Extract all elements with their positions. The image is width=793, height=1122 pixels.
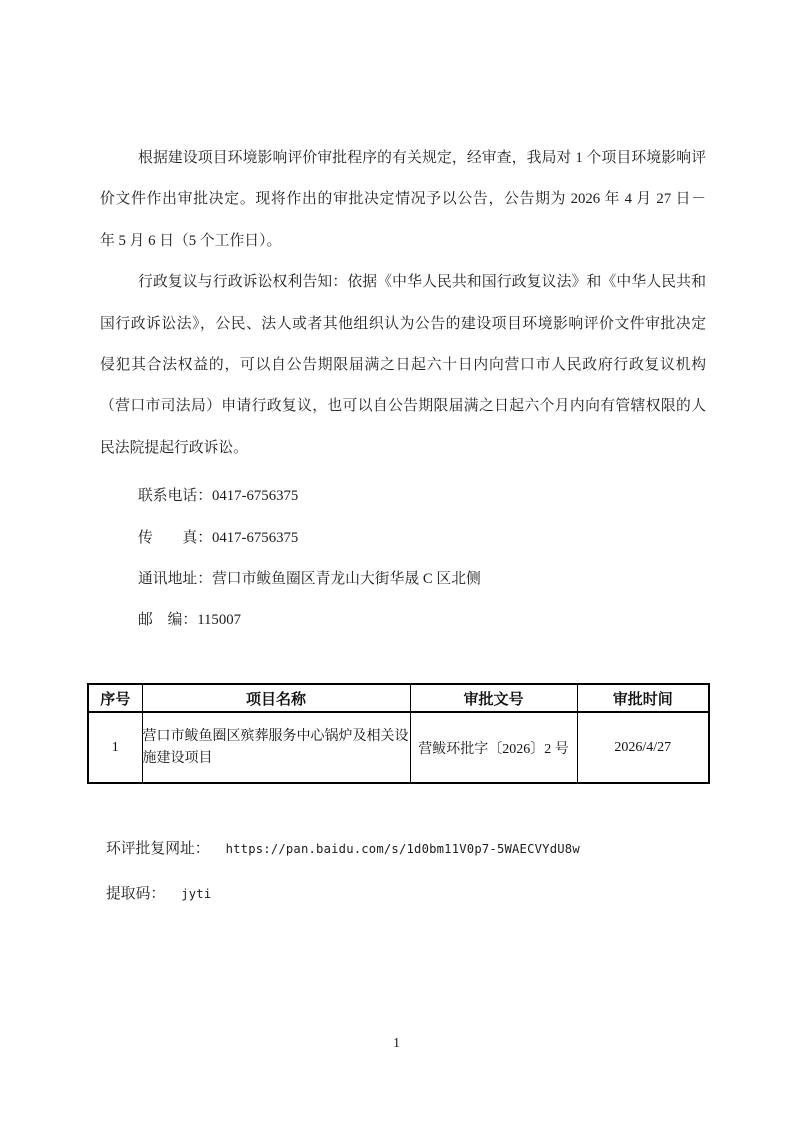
page-number: 1	[0, 1036, 793, 1052]
cell-project-name: 营口市鲅鱼圈区殡葬服务中心锅炉及相关设施建设项目	[142, 712, 410, 783]
contact-fax-line: 传 真：0417-6756375	[100, 518, 706, 559]
contact-postcode-line: 邮 编：115007	[100, 600, 706, 641]
paragraph2-line3: 侵犯其合法权益的，可以自公告期限届满之日起六十日内向营口市人民政府行政复议机构	[100, 345, 706, 386]
paragraph1-line1: 根据建设项目环境影响评价审批程序的有关规定，经审查，我局对 1 个项目环境影响评	[100, 138, 706, 179]
extraction-code-label: 提取码：	[106, 886, 165, 902]
header-approval-date: 审批时间	[577, 684, 709, 712]
contact-address-line: 通讯地址：营口市鲅鱼圈区青龙山大街华晟 C 区北侧	[100, 559, 706, 600]
extraction-code-line: 提取码：jyti	[106, 884, 211, 904]
cell-approval-date: 2026/4/27	[577, 712, 709, 783]
paragraph2-line2: 国行政诉讼法》，公民、法人或者其他组织认为公告的建设项目环境影响评价文件审批决定	[100, 304, 706, 345]
announcement-body: 根据建设项目环境影响评价审批程序的有关规定，经审查，我局对 1 个项目环境影响评…	[100, 138, 706, 642]
header-approval-doc-no: 审批文号	[410, 684, 577, 712]
extraction-code: jyti	[181, 887, 211, 901]
document-page: 根据建设项目环境影响评价审批程序的有关规定，经审查，我局对 1 个项目环境影响评…	[0, 0, 793, 1122]
header-project-name: 项目名称	[142, 684, 410, 712]
cell-seq: 1	[88, 712, 142, 783]
paragraph1-line3: 年 5 月 6 日（5 个工作日）。	[100, 221, 706, 262]
eia-reply-url: https://pan.baidu.com/s/1d0bm11V0p7-5WAE…	[226, 842, 580, 856]
paragraph1-line2: 价文件作出审批决定。现将作出的审批决定情况予以公告，公告期为 2026 年 4 …	[100, 179, 706, 220]
header-seq: 序号	[88, 684, 142, 712]
paragraph2-line1: 行政复议与行政诉讼权利告知：依据《中华人民共和国行政复议法》和《中华人民共和	[100, 262, 706, 303]
paragraph2-line5: 民法院提起行政诉讼。	[100, 428, 706, 469]
approval-table: 序号 项目名称 审批文号 审批时间 1 营口市鲅鱼圈区殡葬服务中心锅炉及相关设施…	[87, 683, 710, 784]
eia-reply-url-label: 环评批复网址：	[106, 841, 210, 857]
paragraph2-line4: （营口市司法局）申请行政复议，也可以自公告期限届满之日起六个月内向有管辖权限的人	[100, 386, 706, 427]
eia-reply-url-line: 环评批复网址：https://pan.baidu.com/s/1d0bm11V0…	[106, 839, 580, 859]
cell-approval-doc-no: 营鲅环批字〔2026〕2 号	[410, 712, 577, 783]
approval-table-header-row: 序号 项目名称 审批文号 审批时间	[88, 684, 709, 712]
contact-phone-line: 联系电话：0417-6756375	[100, 476, 706, 517]
table-row: 1 营口市鲅鱼圈区殡葬服务中心锅炉及相关设施建设项目 营鲅环批字〔2026〕2 …	[88, 712, 709, 783]
